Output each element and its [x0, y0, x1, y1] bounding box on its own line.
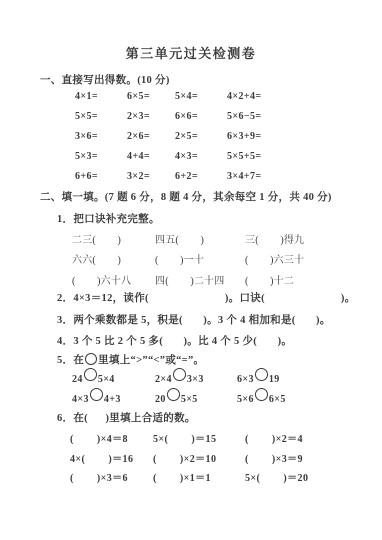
equation: 2×6=	[127, 131, 175, 142]
equation: 3×4+7=	[227, 171, 307, 182]
comparison-item: 245×4	[72, 368, 155, 385]
q3-text: 3．两个乘数都是 5，积是( )。3 个 4 相加和是( )。	[57, 312, 331, 327]
q5-label-suffix: 里填上“>”“<”或“=”。	[98, 355, 204, 366]
equation: 5×6−5=	[227, 111, 307, 122]
comparison-circle-blank	[90, 388, 103, 401]
q5-label-prefix: 5．在	[57, 355, 84, 366]
fill-equation: 5×( )＝20	[245, 469, 308, 484]
multiplication-rhyme-grid: 二三( ) 四五( ) 三( )得九 六六( ) ( )一十 ( )六三十 ( …	[72, 228, 304, 290]
equation: 4+4=	[127, 151, 175, 162]
equation: 4×1=	[75, 91, 127, 102]
fill-equation: ( )×2＝4	[245, 430, 308, 445]
comparison-right: 5×5	[181, 394, 198, 405]
worksheet-page: 第三单元过关检测卷 一、直接写出得数。(10 分) 4×1= 6×5= 5×4=…	[0, 0, 382, 540]
fill-equation: 5×( )＝15	[153, 430, 245, 445]
comparison-circle-blank	[255, 368, 268, 381]
rhyme-blank: 六六( )	[72, 251, 155, 266]
comparison-item: 6×319	[237, 368, 286, 385]
comparison-circle-blank	[173, 368, 186, 381]
comparison-right: 3×3	[187, 374, 204, 385]
comparison-left: 4×3	[72, 394, 89, 405]
rhyme-blank: 二三( )	[72, 231, 155, 246]
q6-label: 6．在( )里填上合适的数。	[57, 410, 196, 425]
comparison-right: 4+3	[104, 394, 121, 405]
rhyme-blank: ( )六三十	[245, 251, 304, 266]
fill-equation: ( )×3＝9	[245, 450, 308, 465]
comparison-right: 5×4	[98, 374, 115, 385]
rhyme-blank: 四( )二十四	[155, 272, 245, 287]
equation: 5×5+5=	[227, 151, 307, 162]
fill-equation: ( )×1＝1	[153, 469, 245, 484]
equation: 5×5=	[75, 111, 127, 122]
equation: 6×6=	[175, 111, 227, 122]
equation: 5×4=	[175, 91, 227, 102]
comparison-grid: 245×4 2×43×3 6×319 4×34+3 205×5 5×66×5	[72, 366, 286, 406]
equation: 3×2=	[127, 171, 175, 182]
fill-equation: ( )×2＝10	[153, 450, 245, 465]
equation: 2×5=	[175, 131, 227, 142]
comparison-left: 24	[72, 374, 83, 385]
comparison-right: 19	[269, 374, 280, 385]
fill-number-grid: ( )×4＝8 5×( )＝15 ( )×2＝4 4×( )＝16 ( )×2＝…	[70, 428, 308, 487]
section-2-header: 二、填一填。(7 题 6 分，8 题 4 分，其余每空 1 分，共 40 分)	[40, 189, 332, 204]
comparison-circle-blank	[255, 388, 268, 401]
equation: 4×3=	[175, 151, 227, 162]
comparison-circle-blank	[167, 388, 180, 401]
q4-text: 4．3 个 5 比 2 个 5 多( )。比 4 个 5 少( )。	[57, 333, 292, 348]
equation: 4×2+4=	[227, 91, 307, 102]
comparison-item: 4×34+3	[72, 388, 155, 405]
comparison-left: 5×6	[237, 394, 254, 405]
comparison-right: 6×5	[269, 394, 286, 405]
q2-text: 2．4×3＝12，读作( )。口诀( )。	[57, 290, 356, 305]
equation: 6+6=	[75, 171, 127, 182]
comparison-circle-blank	[84, 368, 97, 381]
rhyme-blank: ( )六十八	[72, 272, 155, 287]
comparison-item: 205×5	[155, 388, 237, 405]
equation: 6×5=	[127, 91, 175, 102]
fill-equation: ( )×3＝6	[70, 469, 153, 484]
fill-equation: 4×( )＝16	[70, 450, 153, 465]
comparison-item: 5×66×5	[237, 388, 286, 405]
comparison-item: 2×43×3	[155, 368, 237, 385]
rhyme-blank: 三( )得九	[245, 231, 304, 246]
comparison-left: 20	[155, 394, 166, 405]
equation: 2×3=	[127, 111, 175, 122]
fill-equation: ( )×4＝8	[70, 430, 153, 445]
circle-blank-icon	[85, 353, 97, 365]
equation: 5×3=	[75, 151, 127, 162]
comparison-left: 2×4	[155, 374, 172, 385]
worksheet-title: 第三单元过关检测卷	[0, 43, 382, 62]
q5-label: 5．在里填上“>”“<”或“=”。	[57, 352, 204, 367]
rhyme-blank: 四五( )	[155, 231, 245, 246]
equation: 6+2=	[175, 171, 227, 182]
rhyme-blank: ( )十二	[245, 272, 304, 287]
section-1-header: 一、直接写出得数。(10 分)	[40, 72, 170, 87]
direct-calculation-grid: 4×1= 6×5= 5×4= 4×2+4= 5×5= 2×3= 6×6= 5×6…	[75, 86, 307, 186]
equation: 6×3+9=	[227, 131, 307, 142]
comparison-left: 6×3	[237, 374, 254, 385]
q1-label: 1．把口诀补充完整。	[57, 211, 160, 226]
equation: 3×6=	[75, 131, 127, 142]
rhyme-blank: ( )一十	[155, 251, 245, 266]
